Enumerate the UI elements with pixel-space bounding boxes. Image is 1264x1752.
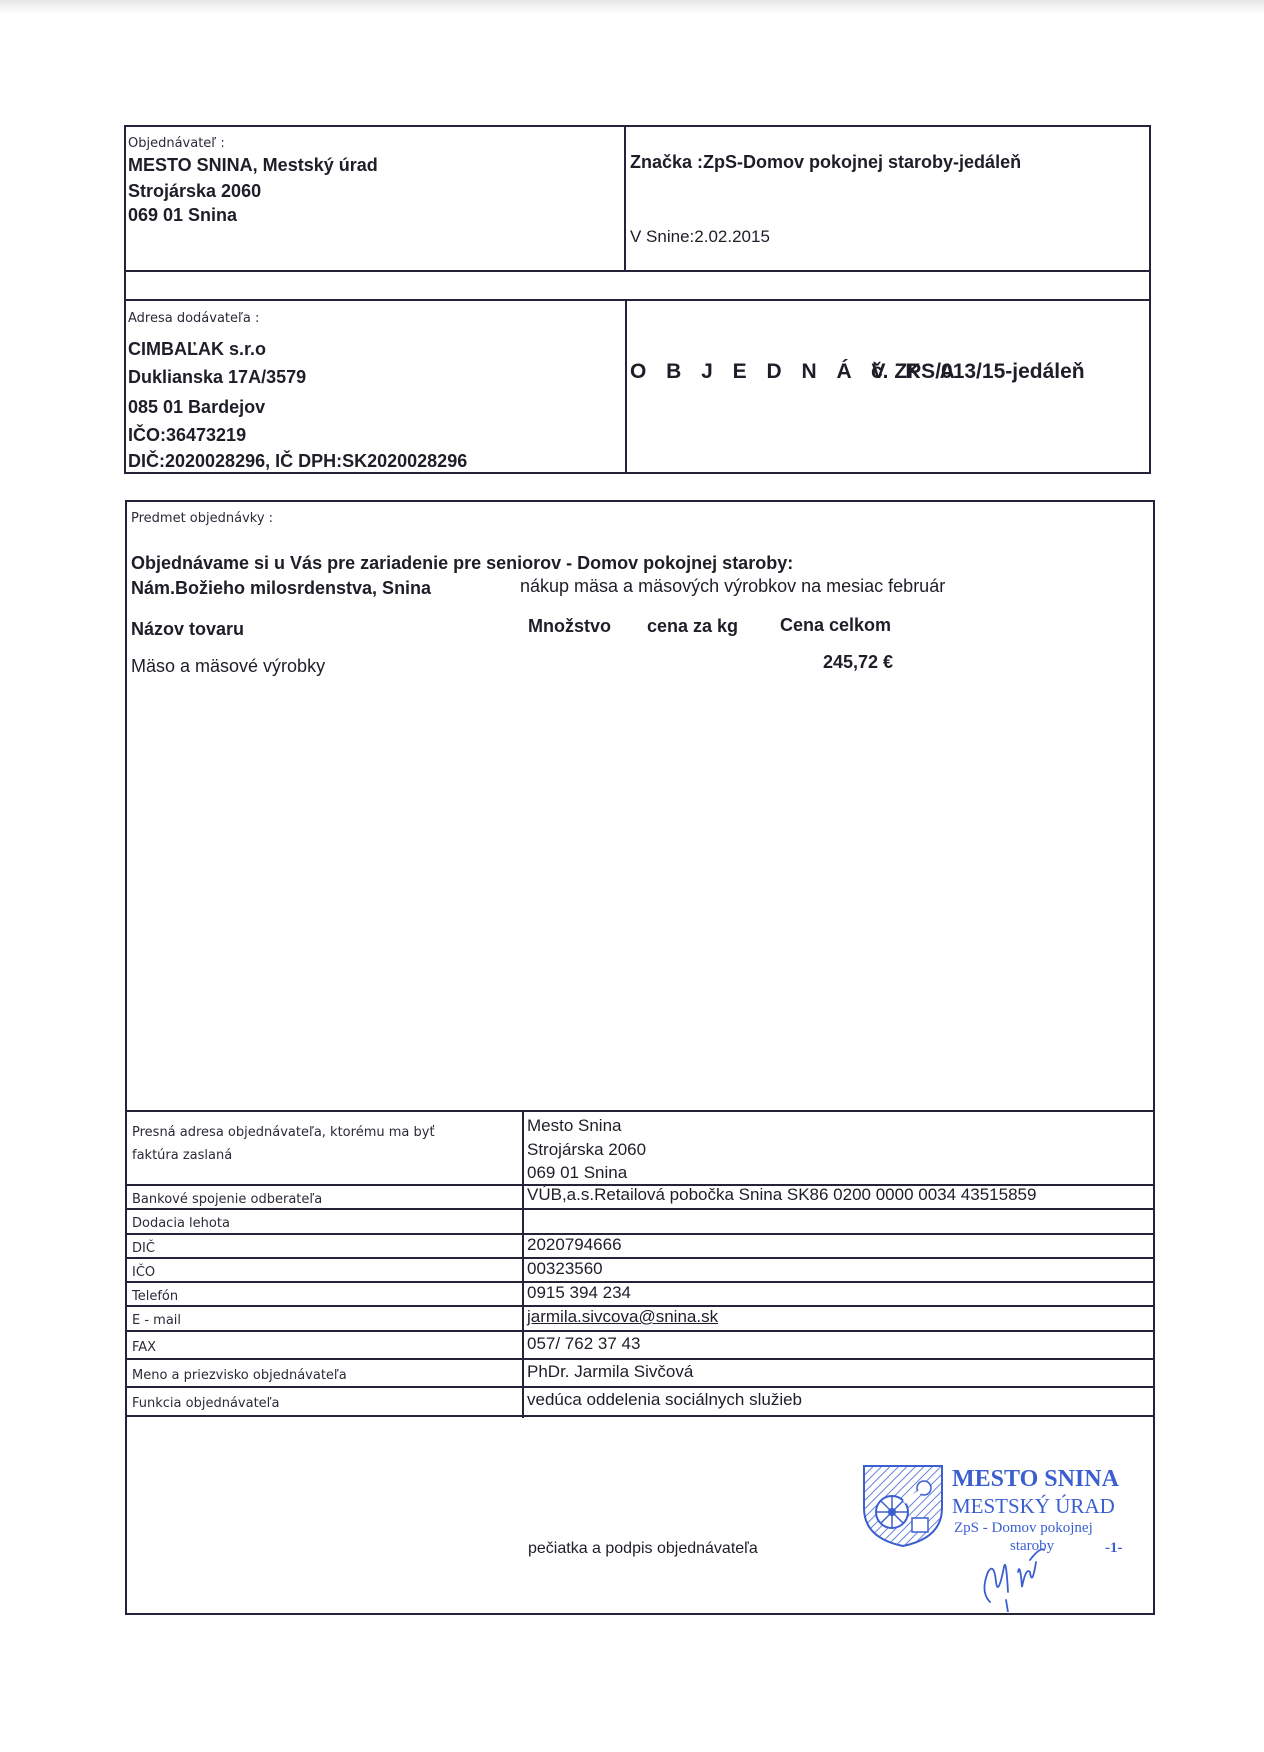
stamp-line-office: MESTSKÝ ÚRAD (952, 1494, 1115, 1519)
supplier-label: Adresa dodávateľa : (128, 311, 259, 326)
detail-label-email: E - mail (132, 1313, 181, 1328)
item-name: Mäso a mäsové výrobky (131, 656, 325, 677)
detail-value-orderer-name: PhDr. Jarmila Sivčová (527, 1362, 693, 1382)
handwritten-signature-icon (960, 1542, 1080, 1612)
detail-value-invoice-city: 069 01 Snina (527, 1163, 627, 1183)
subject-line-1: Objednávame si u Vás pre zariadenie pre … (131, 553, 793, 574)
orderer-street: Strojárska 2060 (128, 181, 261, 202)
signature-caption: pečiatka a podpis objednávateľa (528, 1540, 758, 1558)
details-row-border (125, 1330, 1155, 1332)
details-column-divider (522, 1110, 524, 1418)
supplier-street: Duklianska 17A/3579 (128, 367, 306, 388)
subject-description: nákup mäsa a mäsových výrobkov na mesiac… (520, 576, 945, 597)
blank-row-divider (124, 299, 1151, 301)
detail-label-phone: Telefón (132, 1289, 178, 1304)
stamp-number: -1- (1105, 1540, 1123, 1557)
details-row-border (125, 1281, 1155, 1283)
detail-label-invoice-address: Presná adresa objednávateľa, ktorému ma … (132, 1121, 435, 1167)
column-header-item-name: Názov tovaru (131, 619, 244, 640)
detail-value-phone: 0915 394 234 (527, 1283, 631, 1303)
header-column-divider (624, 125, 626, 271)
detail-value-ico: 00323560 (527, 1259, 603, 1279)
details-bottom-border (125, 1415, 1155, 1417)
column-header-total: Cena celkom (780, 615, 891, 636)
detail-label-fax: FAX (132, 1340, 156, 1355)
header-row-divider (124, 270, 1151, 272)
detail-value-orderer-function: vedúca oddelenia sociálnych služieb (527, 1390, 802, 1410)
detail-value-email-link[interactable]: jarmila.sivcova@snina.sk (527, 1307, 718, 1327)
details-row-border (125, 1233, 1155, 1235)
stamp: MESTO SNINA MESTSKÝ ÚRAD ZpS - Domov pok… (860, 1462, 1160, 1602)
detail-value-invoice-name: Mesto Snina (527, 1116, 622, 1136)
scan-edge-shading (0, 0, 1264, 14)
supplier-city: 085 01 Bardejov (128, 397, 265, 418)
reference-mark: Značka :ZpS-Domov pokojnej staroby-jedál… (630, 152, 1021, 173)
orderer-name: MESTO SNINA, Mestský úrad (128, 155, 378, 176)
detail-value-dic: 2020794666 (527, 1235, 622, 1255)
detail-value-bank: VÚB,a.s.Retailová pobočka Snina SK86 020… (527, 1185, 1036, 1205)
supplier-column-divider (625, 299, 627, 474)
orderer-label: Objednávateľ : (128, 136, 225, 151)
detail-value-invoice-street: Strojárska 2060 (527, 1140, 646, 1160)
supplier-ico: IČO:36473219 (128, 425, 246, 446)
detail-label-ico: IČO (132, 1265, 155, 1280)
place-and-date: V Snine:2.02.2015 (630, 227, 770, 247)
details-row-border (125, 1358, 1155, 1360)
details-top-border (125, 1110, 1155, 1112)
stamp-line-town: MESTO SNINA (952, 1466, 1119, 1493)
detail-label-orderer-function: Funkcia objednávateľa (132, 1396, 280, 1411)
details-row-border (125, 1386, 1155, 1388)
detail-label-orderer-name: Meno a priezvisko objednávateľa (132, 1368, 347, 1383)
order-number: č. ZPS/013/15-jedáleň (871, 360, 1085, 384)
supplier-dic: DIČ:2020028296, IČ DPH:SK2020028296 (128, 451, 467, 472)
town-coat-of-arms-icon (860, 1462, 946, 1548)
detail-label-bank: Bankové spojenie odberateľa (132, 1192, 322, 1207)
details-row-border (125, 1208, 1155, 1210)
supplier-name: CIMBAĽAK s.r.o (128, 339, 266, 360)
detail-label-dic: DIČ (132, 1241, 155, 1256)
item-total: 245,72 € (823, 652, 893, 673)
orderer-city: 069 01 Snina (128, 205, 237, 226)
subject-location: Nám.Božieho milosrdenstva, Snina (131, 578, 431, 599)
column-header-unit-price: cena za kg (647, 616, 738, 637)
details-row-border (125, 1257, 1155, 1259)
detail-label-delivery-term: Dodacia lehota (132, 1216, 230, 1231)
stamp-line-facility: ZpS - Domov pokojnej (954, 1520, 1093, 1537)
subject-label: Predmet objednávky : (131, 511, 273, 526)
detail-value-fax: 057/ 762 37 43 (527, 1334, 640, 1354)
column-header-quantity: Množstvo (528, 616, 611, 637)
